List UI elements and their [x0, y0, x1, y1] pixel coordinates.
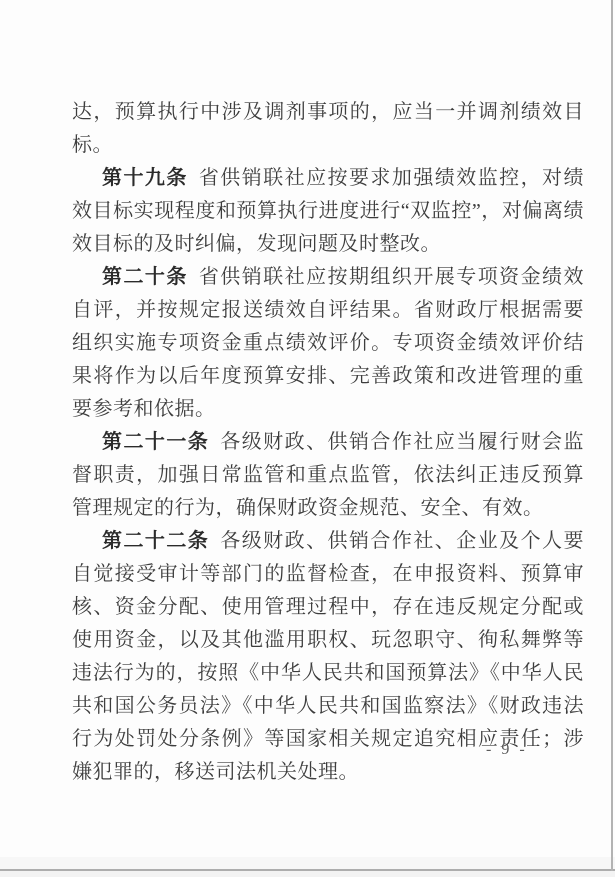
paragraph-article-19: 第十九条省供销联社应按要求加强绩效监控，对绩效目标实现程度和预算执行进度进行“双…: [72, 162, 584, 261]
page-number: - 9 -: [486, 740, 528, 760]
scanned-page: 达，预算执行中涉及调剂事项的，应当一并调剂绩效目标。 第十九条省供销联社应按要求…: [0, 0, 615, 877]
paragraph-continuation: 达，预算执行中涉及调剂事项的，应当一并调剂绩效目标。: [72, 96, 584, 162]
paragraph-text: 达，预算执行中涉及调剂事项的，应当一并调剂绩效目标。: [72, 101, 584, 156]
paragraph-text: 省供销联社应按期组织开展专项资金绩效自评，并按规定报送绩效自评结果。省财政厅根据…: [72, 266, 584, 420]
paragraph-article-20: 第二十条省供销联社应按期组织开展专项资金绩效自评，并按规定报送绩效自评结果。省财…: [72, 261, 584, 426]
document-body: 达，预算执行中涉及调剂事项的，应当一并调剂绩效目标。 第十九条省供销联社应按要求…: [72, 96, 584, 789]
page-edge-bottom-strip: [0, 871, 615, 877]
article-20-heading: 第二十条: [102, 266, 188, 288]
article-21-heading: 第二十一条: [102, 431, 209, 453]
page-edge-bottom-shade: [0, 857, 615, 869]
article-19-heading: 第十九条: [102, 167, 188, 189]
page-edge-right-line: [611, 0, 613, 871]
article-22-heading: 第二十二条: [102, 530, 209, 552]
paragraph-article-21: 第二十一条各级财政、供销合作社应当履行财会监督职责，加强日常监管和重点监管，依法…: [72, 426, 584, 525]
